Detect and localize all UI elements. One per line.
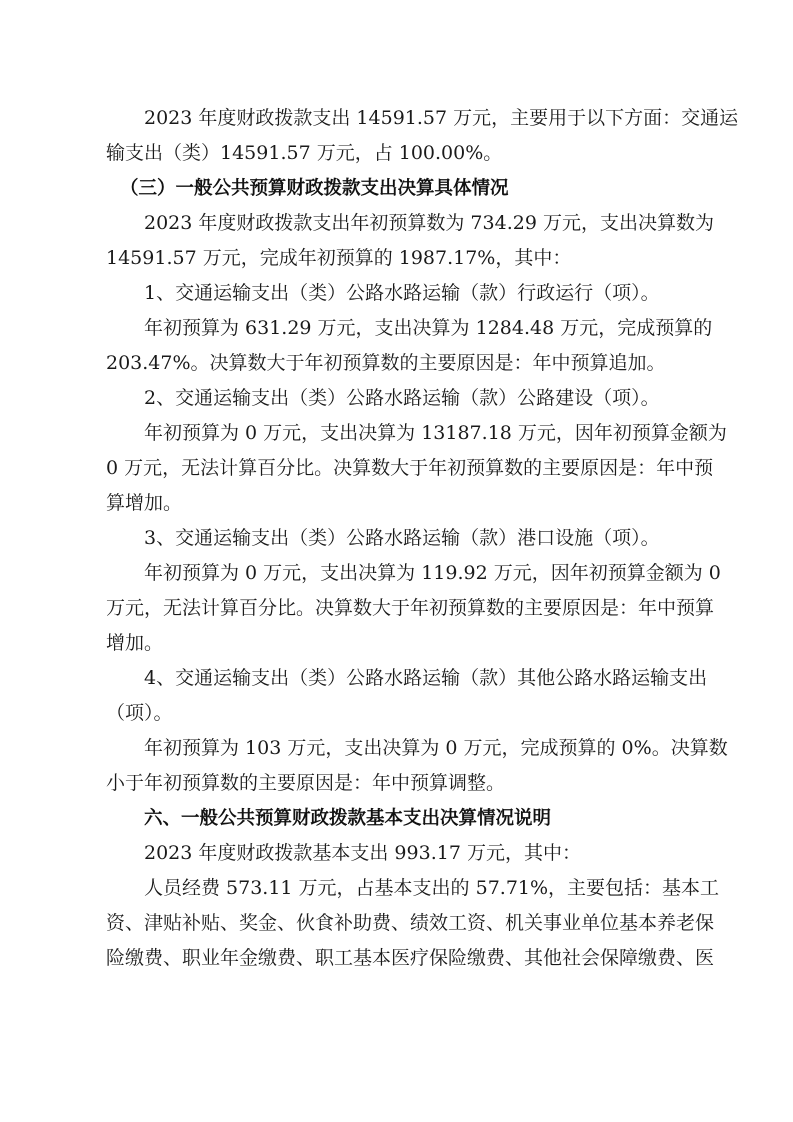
paragraph-item-3-detail: 年初预算为 0 万元，支出决算为 119.92 万元，因年初预算金额为 0 万元… xyxy=(106,556,698,661)
text-line: 万元，无法计算百分比。决算数大于年初预算数的主要原因是：年中预算 xyxy=(106,591,698,626)
text-line: 14591.57 万元，完成年初预算的 1987.17%，其中： xyxy=(106,241,698,276)
text-line: 增加。 xyxy=(106,626,698,661)
text-line: 输支出（类）14591.57 万元，占 100.00%。 xyxy=(106,136,698,171)
text-line: 算增加。 xyxy=(106,486,698,521)
text-line: （项）。 xyxy=(106,696,698,731)
text-line: 203.47%。决算数大于年初预算数的主要原因是：年中预算追加。 xyxy=(106,346,698,381)
paragraph-basic-expenditure: 2023 年度财政拨款基本支出 993.17 万元，其中： xyxy=(106,836,698,871)
section-heading-6: 六、一般公共预算财政拨款基本支出决算情况说明 xyxy=(106,801,698,836)
list-item-3-title: 3、交通运输支出（类）公路水路运输（款）港口设施（项）。 xyxy=(106,521,698,556)
list-item-1-title: 1、交通运输支出（类）公路水路运输（款）行政运行（项）。 xyxy=(106,276,698,311)
text-line: 2023 年度财政拨款支出年初预算数为 734.29 万元，支出决算数为 xyxy=(106,206,698,241)
document-page: 2023 年度财政拨款支出 14591.57 万元，主要用于以下方面：交通运 输… xyxy=(106,101,698,976)
text-line: 年初预算为 0 万元，支出决算为 119.92 万元，因年初预算金额为 0 xyxy=(106,556,698,591)
text-line: 小于年初预算数的主要原因是：年中预算调整。 xyxy=(106,766,698,801)
text-line: 资、津贴补贴、奖金、伙食补助费、绩效工资、机关事业单位基本养老保 xyxy=(106,906,698,941)
list-item-4-title: 4、交通运输支出（类）公路水路运输（款）其他公路水路运输支出 （项）。 xyxy=(106,661,698,731)
text-line: 年初预算为 631.29 万元，支出决算为 1284.48 万元，完成预算的 xyxy=(106,311,698,346)
text-line: 人员经费 573.11 万元，占基本支出的 57.71%，主要包括：基本工 xyxy=(106,871,698,906)
paragraph-item-2-detail: 年初预算为 0 万元，支出决算为 13187.18 万元，因年初预算金额为 0 … xyxy=(106,416,698,521)
text-line: 年初预算为 103 万元，支出决算为 0 万元，完成预算的 0%。决算数 xyxy=(106,731,698,766)
text-line: 年初预算为 0 万元，支出决算为 13187.18 万元，因年初预算金额为 xyxy=(106,416,698,451)
paragraph-appropriation-total: 2023 年度财政拨款支出 14591.57 万元，主要用于以下方面：交通运 输… xyxy=(106,101,698,171)
text-line: 2023 年度财政拨款支出 14591.57 万元，主要用于以下方面：交通运 xyxy=(106,101,698,136)
text-line: 4、交通运输支出（类）公路水路运输（款）其他公路水路运输支出 xyxy=(106,661,698,696)
list-item-2-title: 2、交通运输支出（类）公路水路运输（款）公路建设（项）。 xyxy=(106,381,698,416)
text-line: 0 万元，无法计算百分比。决算数大于年初预算数的主要原因是：年中预 xyxy=(106,451,698,486)
paragraph-item-4-detail: 年初预算为 103 万元，支出决算为 0 万元，完成预算的 0%。决算数 小于年… xyxy=(106,731,698,801)
paragraph-item-1-detail: 年初预算为 631.29 万元，支出决算为 1284.48 万元，完成预算的 2… xyxy=(106,311,698,381)
paragraph-budget-summary: 2023 年度财政拨款支出年初预算数为 734.29 万元，支出决算数为 145… xyxy=(106,206,698,276)
text-line: 险缴费、职业年金缴费、职工基本医疗保险缴费、其他社会保障缴费、医 xyxy=(106,941,698,976)
paragraph-personnel-costs: 人员经费 573.11 万元，占基本支出的 57.71%，主要包括：基本工 资、… xyxy=(106,871,698,976)
section-heading-3: （三）一般公共预算财政拨款支出决算具体情况 xyxy=(106,171,698,206)
